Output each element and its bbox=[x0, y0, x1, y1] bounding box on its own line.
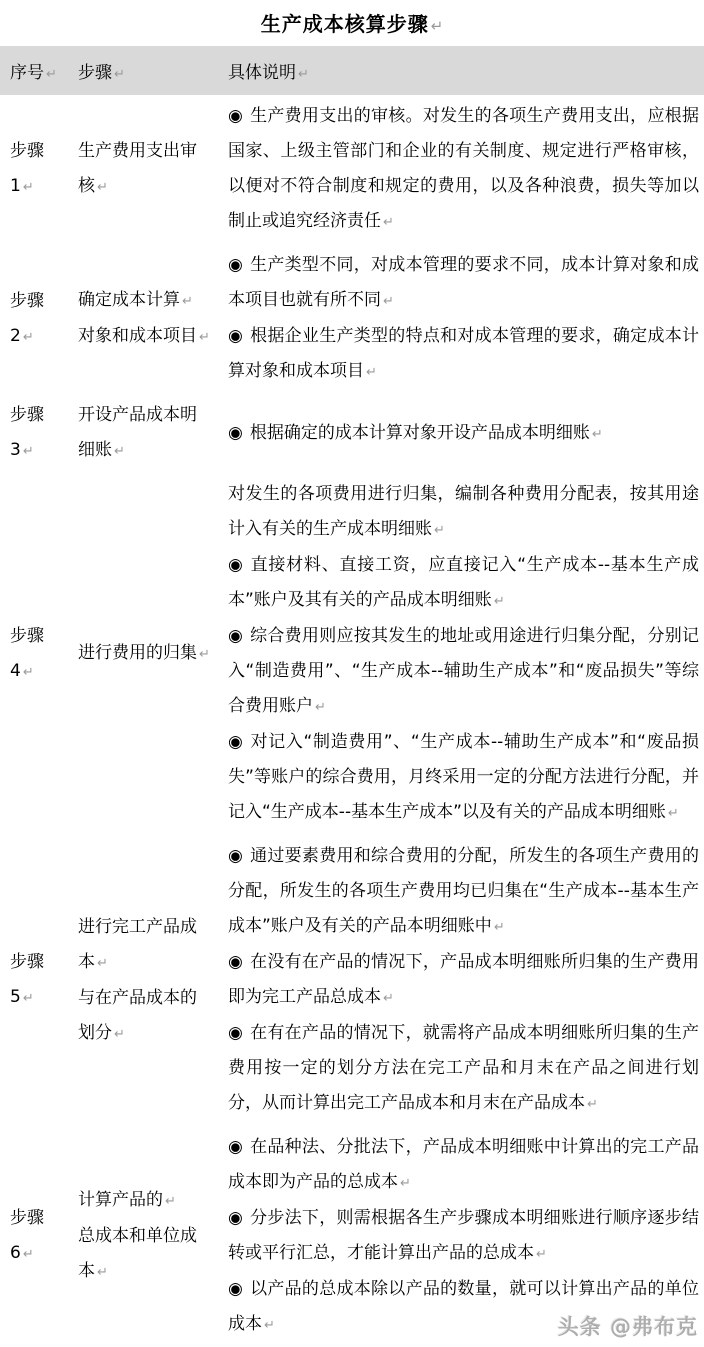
step-line: 进行完工产品成 bbox=[78, 917, 197, 937]
step-line: 划分 bbox=[78, 1023, 112, 1043]
paragraph-mark: ↵ bbox=[434, 523, 445, 538]
paragraph-mark: ↵ bbox=[431, 17, 444, 35]
bullet-icon: ◉ bbox=[228, 1279, 243, 1299]
cell-step: 进行费用的归集↵ bbox=[68, 473, 218, 835]
bullet-icon: ◉ bbox=[228, 732, 244, 752]
watermark-text: 头条 @弗布克 bbox=[558, 1315, 698, 1339]
table-row: 步骤 4↵进行费用的归集↵对发生的各项费用进行归集，编制各种费用分配表，按其用途… bbox=[0, 473, 704, 835]
table-row: 步骤 3↵开设产品成本明细账↵◉根据确定的成本计算对象开设产品成本明细账↵ bbox=[0, 394, 704, 473]
bullet-icon: ◉ bbox=[228, 555, 244, 575]
step-line: 与在产品成本的 bbox=[78, 988, 197, 1008]
paragraph-mark: ↵ bbox=[383, 991, 394, 1006]
step-line: 本 bbox=[78, 1261, 95, 1281]
cell-desc: ◉根据确定的成本计算对象开设产品成本明细账↵ bbox=[218, 394, 704, 473]
bullet-icon: ◉ bbox=[228, 106, 243, 126]
step-line: 本 bbox=[78, 952, 95, 972]
desc-paragraph: ◉在有在产品的情况下，就需将产品成本明细账所归集的生产费用按一定的划分方法在完工… bbox=[228, 1016, 699, 1122]
table-row: 步骤 2↵确定成本计算↵对象和成本项目↵◉生产类型不同，对成本管理的要求不同，成… bbox=[0, 244, 704, 394]
document-page: 生产成本核算步骤↵ 序号↵ 步骤↵ 具体说明↵ 步骤 1↵生产费用支出审核↵◉生… bbox=[0, 0, 704, 1347]
col-header-step-label: 步骤 bbox=[78, 63, 112, 83]
desc-text: 分步法下，则需根据各生产步骤成本明细账进行顺序逐步结转或平行汇总，才能计算出产品… bbox=[228, 1208, 699, 1263]
desc-paragraph: 对发生的各项费用进行归集，编制各种费用分配表，按其用途计入有关的生产成本明细账↵ bbox=[228, 477, 699, 548]
table-body: 步骤 1↵生产费用支出审核↵◉生产费用支出的审核。对发生的各项生产费用支出，应根… bbox=[0, 95, 704, 1347]
step-line: 生产费用支出审 bbox=[78, 141, 197, 161]
step-line: 细账 bbox=[78, 440, 112, 460]
bullet-icon: ◉ bbox=[228, 1023, 243, 1043]
steps-table: 序号↵ 步骤↵ 具体说明↵ 步骤 1↵生产费用支出审核↵◉生产费用支出的审核。对… bbox=[0, 46, 704, 1347]
desc-paragraph: ◉生产费用支出的审核。对发生的各项生产费用支出，应根据国家、上级主管部门和企业的… bbox=[228, 99, 699, 240]
paragraph-mark: ↵ bbox=[23, 1247, 34, 1262]
paragraph-mark: ↵ bbox=[298, 67, 309, 82]
seq-paragraph: 步骤 4↵ bbox=[10, 619, 66, 690]
paragraph-mark: ↵ bbox=[114, 1027, 125, 1042]
cell-desc: ◉通过要素费用和综合费用的分配，所发生的各项生产费用的分配，所发生的各项生产费用… bbox=[218, 835, 704, 1126]
desc-text: 在有在产品的情况下，就需将产品成本明细账所归集的生产费用按一定的划分方法在完工产… bbox=[228, 1023, 699, 1113]
bullet-icon: ◉ bbox=[228, 846, 243, 866]
step-paragraph: 与在产品成本的划分↵ bbox=[78, 981, 216, 1052]
desc-paragraph: ◉根据企业生产类型的特点和对成本管理的要求，确定成本计算对象和成本项目↵ bbox=[228, 319, 699, 390]
desc-text: 生产类型不同，对成本管理的要求不同，成本计算对象和成本项目也就有所不同 bbox=[228, 255, 699, 310]
cell-step: 生产费用支出审核↵ bbox=[68, 95, 218, 244]
desc-paragraph: ◉在品种法、分批法下，产品成本明细账中计算出的完工产品成本即为产品的总成本↵ bbox=[228, 1130, 699, 1201]
paragraph-mark: ↵ bbox=[199, 330, 210, 345]
desc-paragraph: ◉在没有在产品的情况下，产品成本明细账所归集的生产费用即为完工产品总成本↵ bbox=[228, 945, 699, 1016]
step-line: 核 bbox=[78, 176, 95, 196]
cell-seq: 步骤 6↵ bbox=[0, 1126, 68, 1347]
desc-text: 根据企业生产类型的特点和对成本管理的要求，确定成本计算对象和成本项目 bbox=[228, 326, 699, 381]
page-title-text: 生产成本核算步骤 bbox=[261, 12, 429, 36]
paragraph-mark: ↵ bbox=[23, 444, 34, 459]
paragraph-mark: ↵ bbox=[23, 991, 34, 1006]
seq-paragraph: 步骤 5↵ bbox=[10, 945, 66, 1016]
bullet-icon: ◉ bbox=[228, 326, 243, 346]
table-header-row: 序号↵ 步骤↵ 具体说明↵ bbox=[0, 46, 704, 95]
bullet-icon: ◉ bbox=[228, 255, 243, 275]
cell-seq: 步骤 5↵ bbox=[0, 835, 68, 1126]
cell-desc: ◉生产类型不同，对成本管理的要求不同，成本计算对象和成本项目也就有所不同↵◉根据… bbox=[218, 244, 704, 394]
seq-paragraph: 步骤 2↵ bbox=[10, 284, 66, 355]
desc-text: 对记入“制造费用”、“生产成本--辅助生产成本”和“废品损失”等账户的综合费用，… bbox=[228, 732, 699, 822]
cell-seq: 步骤 2↵ bbox=[0, 244, 68, 394]
paragraph-mark: ↵ bbox=[182, 294, 193, 309]
desc-paragraph: ◉直接材料、直接工资，应直接记入“生产成本--基本生产成本”账户及其有关的产品成… bbox=[228, 548, 699, 619]
bullet-icon: ◉ bbox=[228, 423, 243, 443]
desc-text: 直接材料、直接工资，应直接记入“生产成本--基本生产成本”账户及其有关的产品成本… bbox=[228, 555, 699, 610]
step-paragraph: 进行费用的归集↵ bbox=[78, 636, 216, 672]
paragraph-mark: ↵ bbox=[536, 1247, 547, 1262]
page-title: 生产成本核算步骤↵ bbox=[0, 0, 704, 46]
bullet-icon: ◉ bbox=[228, 626, 243, 646]
paragraph-mark: ↵ bbox=[114, 444, 125, 459]
table-row: 步骤 5↵进行完工产品成本↵与在产品成本的划分↵◉通过要素费用和综合费用的分配，… bbox=[0, 835, 704, 1126]
paragraph-mark: ↵ bbox=[315, 700, 326, 715]
step-paragraph: 生产费用支出审核↵ bbox=[78, 134, 216, 205]
cell-seq: 步骤 3↵ bbox=[0, 394, 68, 473]
col-header-desc-label: 具体说明 bbox=[228, 63, 296, 83]
bullet-icon: ◉ bbox=[228, 1137, 243, 1157]
seq-paragraph: 步骤 3↵ bbox=[10, 398, 66, 469]
paragraph-mark: ↵ bbox=[494, 920, 505, 935]
col-header-step: 步骤↵ bbox=[68, 46, 218, 95]
desc-paragraph: ◉分步法下，则需根据各生产步骤成本明细账进行顺序逐步结转或平行汇总，才能计算出产… bbox=[228, 1201, 699, 1272]
col-header-seq: 序号↵ bbox=[0, 46, 68, 95]
paragraph-mark: ↵ bbox=[592, 427, 603, 442]
paragraph-mark: ↵ bbox=[23, 665, 34, 680]
paragraph-mark: ↵ bbox=[114, 67, 125, 82]
step-paragraph: 进行完工产品成本↵ bbox=[78, 910, 216, 981]
paragraph-mark: ↵ bbox=[366, 365, 377, 380]
desc-paragraph: ◉根据确定的成本计算对象开设产品成本明细账↵ bbox=[228, 416, 699, 452]
cell-seq: 步骤 4↵ bbox=[0, 473, 68, 835]
step-paragraph: 开设产品成本明细账↵ bbox=[78, 398, 216, 469]
step-line: 进行费用的归集 bbox=[78, 643, 197, 663]
cell-step: 进行完工产品成本↵与在产品成本的划分↵ bbox=[68, 835, 218, 1126]
paragraph-mark: ↵ bbox=[587, 1097, 598, 1112]
desc-paragraph: ◉生产类型不同，对成本管理的要求不同，成本计算对象和成本项目也就有所不同↵ bbox=[228, 248, 699, 319]
paragraph-mark: ↵ bbox=[46, 67, 57, 82]
step-paragraph: 总成本和单位成本↵ bbox=[78, 1219, 216, 1290]
cell-step: 计算产品的↵总成本和单位成本↵ bbox=[68, 1126, 218, 1347]
step-line: 计算产品的 bbox=[78, 1190, 163, 1210]
desc-text: 在品种法、分批法下，产品成本明细账中计算出的完工产品成本即为产品的总成本 bbox=[228, 1137, 699, 1192]
desc-text: 综合费用则应按其发生的地址或用途进行归集分配，分别记入“制造费用”、“生产成本-… bbox=[228, 626, 699, 716]
desc-paragraph: ◉综合费用则应按其发生的地址或用途进行归集分配，分别记入“制造费用”、“生产成本… bbox=[228, 619, 699, 725]
bullet-icon: ◉ bbox=[228, 952, 243, 972]
paragraph-mark: ↵ bbox=[97, 1265, 108, 1280]
step-line: 总成本和单位成 bbox=[78, 1226, 197, 1246]
step-paragraph: 对象和成本项目↵ bbox=[78, 319, 216, 355]
desc-text: 生产费用支出的审核。对发生的各项生产费用支出，应根据国家、上级主管部门和企业的有… bbox=[228, 106, 699, 231]
bullet-icon: ◉ bbox=[228, 1208, 243, 1228]
step-line: 对象和成本项目 bbox=[78, 326, 197, 346]
watermark: 头条 @弗布克 bbox=[558, 1311, 698, 1341]
cell-step: 确定成本计算↵对象和成本项目↵ bbox=[68, 244, 218, 394]
desc-paragraph: ◉对记入“制造费用”、“生产成本--辅助生产成本”和“废品损失”等账户的综合费用… bbox=[228, 725, 699, 831]
desc-text: 对发生的各项费用进行归集，编制各种费用分配表，按其用途计入有关的生产成本明细账 bbox=[228, 484, 699, 539]
paragraph-mark: ↵ bbox=[383, 294, 394, 309]
paragraph-mark: ↵ bbox=[97, 956, 108, 971]
seq-paragraph: 步骤 1↵ bbox=[10, 134, 66, 205]
desc-text: 通过要素费用和综合费用的分配，所发生的各项生产费用的分配，所发生的各项生产费用均… bbox=[228, 846, 699, 936]
step-paragraph: 计算产品的↵ bbox=[78, 1183, 216, 1219]
step-line: 开设产品成本明 bbox=[78, 405, 197, 425]
desc-paragraph: ◉通过要素费用和综合费用的分配，所发生的各项生产费用的分配，所发生的各项生产费用… bbox=[228, 839, 699, 945]
paragraph-mark: ↵ bbox=[97, 180, 108, 195]
paragraph-mark: ↵ bbox=[165, 1194, 176, 1209]
step-paragraph: 确定成本计算↵ bbox=[78, 283, 216, 319]
paragraph-mark: ↵ bbox=[400, 1176, 411, 1191]
cell-seq: 步骤 1↵ bbox=[0, 95, 68, 244]
paragraph-mark: ↵ bbox=[494, 594, 505, 609]
table-row: 步骤 1↵生产费用支出审核↵◉生产费用支出的审核。对发生的各项生产费用支出，应根… bbox=[0, 95, 704, 244]
cell-desc: ◉生产费用支出的审核。对发生的各项生产费用支出，应根据国家、上级主管部门和企业的… bbox=[218, 95, 704, 244]
paragraph-mark: ↵ bbox=[383, 215, 394, 230]
step-line: 确定成本计算 bbox=[78, 290, 180, 310]
paragraph-mark: ↵ bbox=[23, 180, 34, 195]
paragraph-mark: ↵ bbox=[199, 647, 210, 662]
paragraph-mark: ↵ bbox=[264, 1318, 275, 1333]
cell-desc: 对发生的各项费用进行归集，编制各种费用分配表，按其用途计入有关的生产成本明细账↵… bbox=[218, 473, 704, 835]
col-header-desc: 具体说明↵ bbox=[218, 46, 704, 95]
seq-paragraph: 步骤 6↵ bbox=[10, 1201, 66, 1272]
cell-step: 开设产品成本明细账↵ bbox=[68, 394, 218, 473]
desc-text: 根据确定的成本计算对象开设产品成本明细账 bbox=[250, 423, 590, 443]
paragraph-mark: ↵ bbox=[23, 330, 34, 345]
paragraph-mark: ↵ bbox=[668, 806, 679, 821]
col-header-seq-label: 序号 bbox=[10, 63, 44, 83]
desc-text: 在没有在产品的情况下，产品成本明细账所归集的生产费用即为完工产品总成本 bbox=[228, 952, 699, 1007]
